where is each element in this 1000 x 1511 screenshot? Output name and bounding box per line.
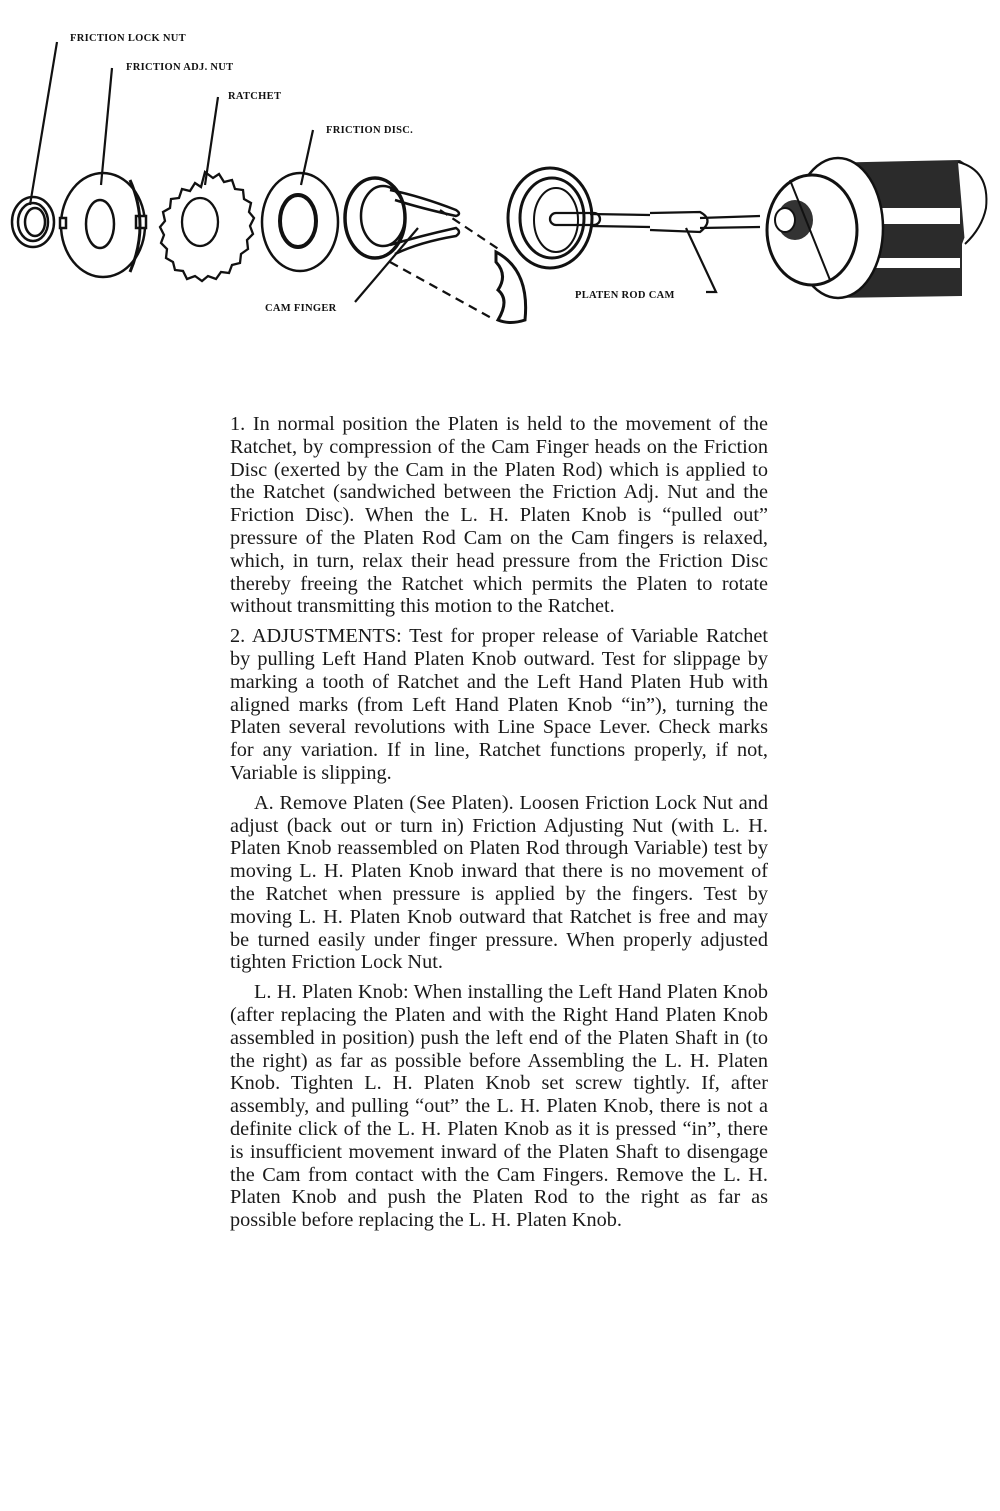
- exploded-parts-diagram: FRICTION LOCK NUT FRICTION ADJ. NUT RATC…: [0, 0, 1000, 360]
- paragraph-adjustments: 2. ADJUSTMENTS: Test for proper release …: [230, 625, 768, 785]
- paragraph-lh-platen-knob: L. H. Platen Knob: When installing the L…: [230, 981, 768, 1232]
- leader-line-friction-disc: [301, 130, 313, 185]
- label-ratchet: RATCHET: [228, 91, 281, 102]
- body-text: 1. In normal position the Platen is held…: [230, 413, 768, 1239]
- ratchet-part: [160, 172, 254, 281]
- label-friction-disc: FRICTION DISC.: [326, 125, 413, 136]
- paragraph-normal-position: 1. In normal position the Platen is held…: [230, 413, 768, 618]
- leader-line-lock-nut: [30, 42, 57, 205]
- friction-disc-part: [262, 173, 338, 271]
- leader-line-adj-nut: [101, 68, 112, 185]
- label-friction-adj-nut: FRICTION ADJ. NUT: [126, 62, 234, 73]
- label-platen-rod-cam: PLATEN ROD CAM: [575, 290, 675, 301]
- diagram-illustration: [0, 0, 1000, 360]
- label-friction-lock-nut: FRICTION LOCK NUT: [70, 33, 186, 44]
- friction-adj-nut-part: [60, 173, 146, 277]
- cam-segment-part: [496, 252, 526, 323]
- leader-line-ratchet: [205, 97, 218, 185]
- friction-lock-nut-part: [12, 197, 54, 247]
- paragraph-remove-platen: A. Remove Platen (See Platen). Loosen Fr…: [230, 792, 768, 974]
- leader-line-platen-rod-cam: [686, 228, 716, 292]
- platen-knob-part: [767, 158, 986, 298]
- label-cam-finger: CAM FINGER: [265, 303, 337, 314]
